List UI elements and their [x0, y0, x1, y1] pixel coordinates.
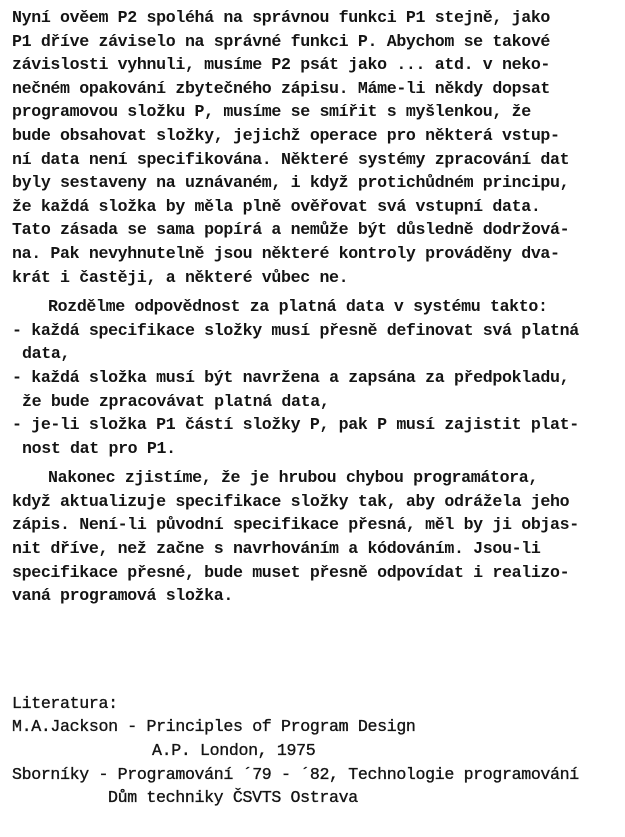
text-line: nečném opakování zbytečného zápisu. Máme… — [12, 77, 624, 101]
reference-item: M.A.Jackson - Principles of Program Desi… — [12, 715, 624, 762]
reference-line: Dům techniky ČSVTS Ostrava — [12, 786, 624, 810]
paragraph-intro: Rozdělme odpovědnost za platná data v sy… — [12, 295, 624, 319]
bullet-text: každá složka musí být navržena a zapsána… — [31, 368, 569, 387]
paragraph-3: Nakonec zjistíme, že je hrubou chybou pr… — [12, 466, 624, 608]
text-line: vaná programová složka. — [12, 584, 624, 608]
reference-line: A.P. London, 1975 — [12, 739, 624, 763]
references-heading: Literatura: — [12, 692, 624, 716]
bullet-list: - každá specifikace složky musí přesně d… — [12, 319, 624, 461]
reference-item: Sborníky - Programování ´79 - ´82, Techn… — [12, 763, 624, 810]
paragraph-1: Nyní ověem P2 spoléhá na správnou funkci… — [12, 6, 624, 289]
bullet-text: data, — [12, 342, 624, 366]
bullet-text: je-li složka P1 částí složky P, pak P mu… — [31, 415, 579, 434]
text-line: bude obsahovat složky, jejichž operace p… — [12, 124, 624, 148]
text-line: specifikace přesné, bude muset přesně od… — [12, 561, 624, 585]
text-line: programovou složku P, musíme se smířit s… — [12, 100, 624, 124]
document-page: Nyní ověem P2 spoléhá na správnou funkci… — [12, 6, 624, 810]
text-line: nit dříve, než začne s navrhováním a kód… — [12, 537, 624, 561]
text-line: zápis. Není-li původní specifikace přesn… — [12, 513, 624, 537]
text-line: Tato zásada se sama popírá a nemůže být … — [12, 218, 624, 242]
reference-line: M.A.Jackson - Principles of Program Desi… — [12, 715, 624, 739]
bullet-marker: - — [12, 321, 22, 340]
bullet-text: nost dat pro P1. — [12, 437, 624, 461]
paragraph-2: Rozdělme odpovědnost za platná data v sy… — [12, 295, 624, 460]
bullet-item: - je-li složka P1 částí složky P, pak P … — [12, 413, 624, 460]
text-line: když aktualizuje specifikace složky tak,… — [12, 490, 624, 514]
text-line: na. Pak nevyhnutelně jsou některé kontro… — [12, 242, 624, 266]
text-line: závislosti vyhnuli, musíme P2 psát jako … — [12, 53, 624, 77]
text-line: Nyní ověem P2 spoléhá na správnou funkci… — [12, 6, 624, 30]
text-line: že každá složka by měla plně ověřovat sv… — [12, 195, 624, 219]
text-line: Nakonec zjistíme, že je hrubou chybou pr… — [12, 466, 624, 490]
text-line: ní data není specifikována. Některé syst… — [12, 148, 624, 172]
references-section: Literatura: M.A.Jackson - Principles of … — [12, 692, 624, 810]
bullet-marker: - — [12, 368, 22, 387]
text-line: krát i častěji, a některé vůbec ne. — [12, 266, 624, 290]
bullet-marker: - — [12, 415, 22, 434]
bullet-item: - každá specifikace složky musí přesně d… — [12, 319, 624, 366]
text-line: byly sestaveny na uznávaném, i když prot… — [12, 171, 624, 195]
bullet-text: každá specifikace složky musí přesně def… — [31, 321, 579, 340]
reference-line: Sborníky - Programování ´79 - ´82, Techn… — [12, 763, 624, 787]
text-line: P1 dříve záviselo na správné funkci P. A… — [12, 30, 624, 54]
bullet-text: že bude zpracovávat platná data, — [12, 390, 624, 414]
bullet-item: - každá složka musí být navržena a zapsá… — [12, 366, 624, 413]
